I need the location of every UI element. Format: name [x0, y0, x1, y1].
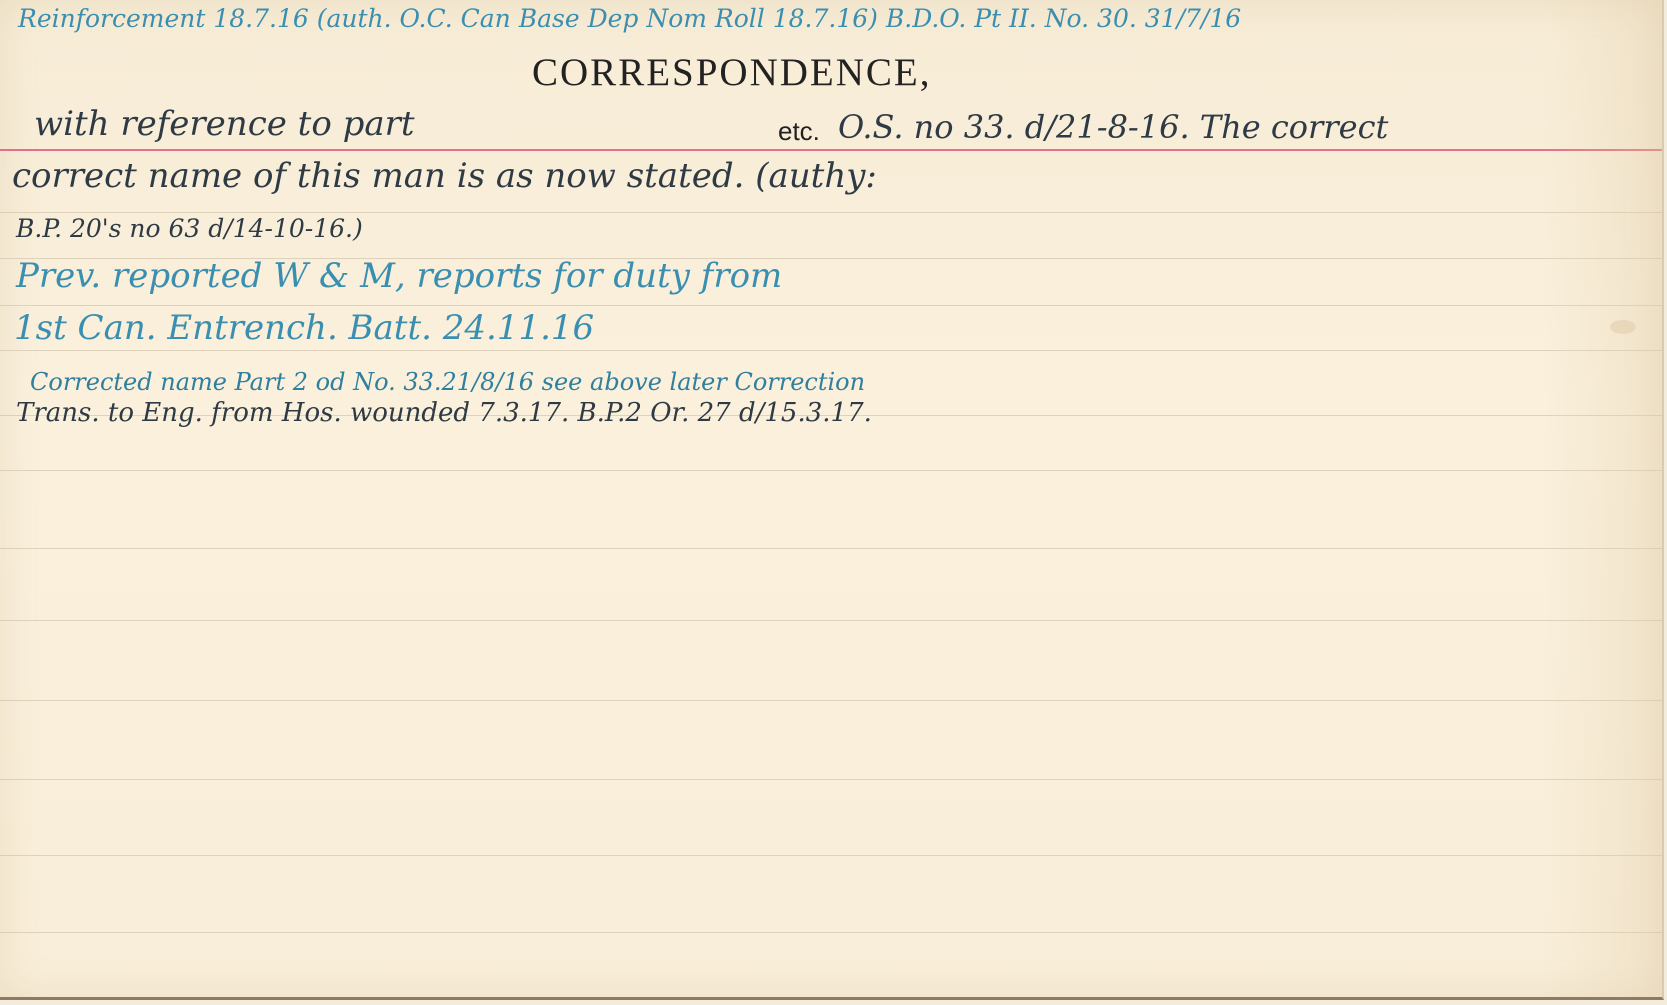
handwritten-line-reference: with reference to part — [34, 104, 415, 144]
ruled-line — [0, 855, 1662, 856]
handwritten-line-corrected-name: Corrected name Part 2 od No. 33.21/8/16 … — [30, 368, 865, 396]
handwritten-line-authority: B.P. 20's no 63 d/14-10-16.) — [16, 214, 363, 243]
printed-etc: etc. — [778, 116, 820, 147]
paper-stain — [1610, 320, 1636, 334]
handwritten-line-transfer: Trans. to Eng. from Hos. wounded 7.3.17.… — [16, 398, 872, 428]
handwritten-line-prev-reported: Prev. reported W & M, reports for duty f… — [16, 256, 782, 296]
ruled-line — [0, 305, 1662, 306]
handwritten-line-correct-name: correct name of this man is as now state… — [12, 156, 877, 196]
correspondence-card: CORRESPONDENCE, Reinforcement 18.7.16 (a… — [0, 0, 1664, 1000]
ruled-line — [0, 700, 1662, 701]
ruled-line — [0, 932, 1662, 933]
ruled-line — [0, 620, 1662, 621]
ruled-line — [0, 350, 1662, 351]
ruled-line — [0, 548, 1662, 549]
handwritten-line-reference-cont: O.S. no 33. d/21-8-16. The correct — [838, 108, 1388, 146]
ruled-line — [0, 212, 1662, 213]
ruled-line — [0, 779, 1662, 780]
handwritten-line-entrench-batt: 1st Can. Entrench. Batt. 24.11.16 — [14, 308, 594, 348]
ruled-line — [0, 470, 1662, 471]
handwritten-line-reinforcement: Reinforcement 18.7.16 (auth. O.C. Can Ba… — [18, 4, 1241, 33]
red-margin-rule — [0, 149, 1662, 151]
card-heading: CORRESPONDENCE, — [532, 50, 931, 95]
